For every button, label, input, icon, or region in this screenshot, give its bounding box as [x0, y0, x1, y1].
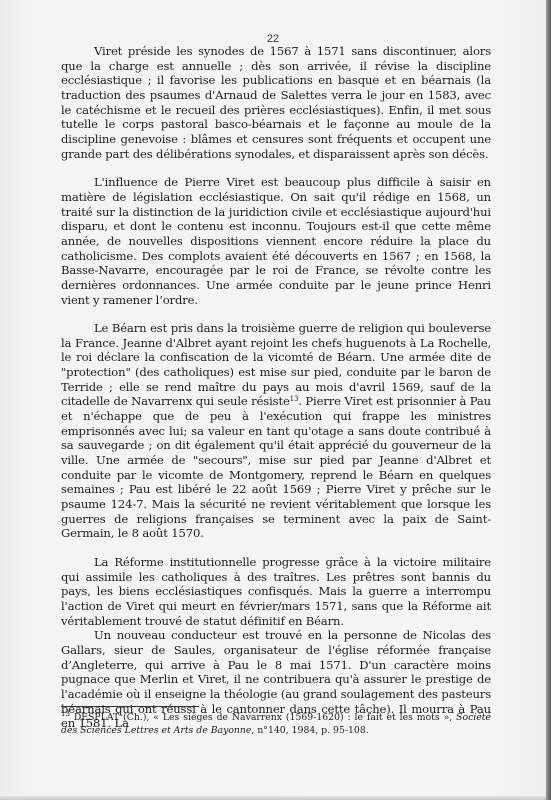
page-edge-shadow — [546, 0, 551, 800]
footnote-number: 13 — [61, 710, 70, 718]
footnote: 13 DESPLAT (Ch.), « Les sièges de Navarr… — [61, 712, 491, 737]
footnote-reference[interactable]: 13 — [290, 395, 299, 403]
paragraph-3-after-ref: . Pierre Viret est prisonnier à Pau et n… — [61, 394, 491, 540]
footnote-text: DESPLAT (Ch.), « Les sièges de Navarrenx… — [70, 712, 456, 723]
footnote-citation-details: , n°140, 1984, p. 95-108. — [251, 725, 368, 736]
page-bottom-shadow — [0, 796, 546, 800]
paragraph-4: La Réforme institutionnelle progresse gr… — [61, 555, 491, 628]
footnote-divider — [61, 706, 199, 707]
body-text: Viret préside les synodes de 1567 à 1571… — [61, 44, 491, 731]
paragraph-2: L'influence de Pierre Viret est beaucoup… — [61, 175, 491, 307]
document-page: 22 Viret préside les synodes de 1567 à 1… — [0, 0, 546, 800]
paragraph-3: Le Béarn est pris dans la troisième guer… — [61, 321, 491, 541]
paragraph-1: Viret préside les synodes de 1567 à 1571… — [61, 44, 491, 161]
